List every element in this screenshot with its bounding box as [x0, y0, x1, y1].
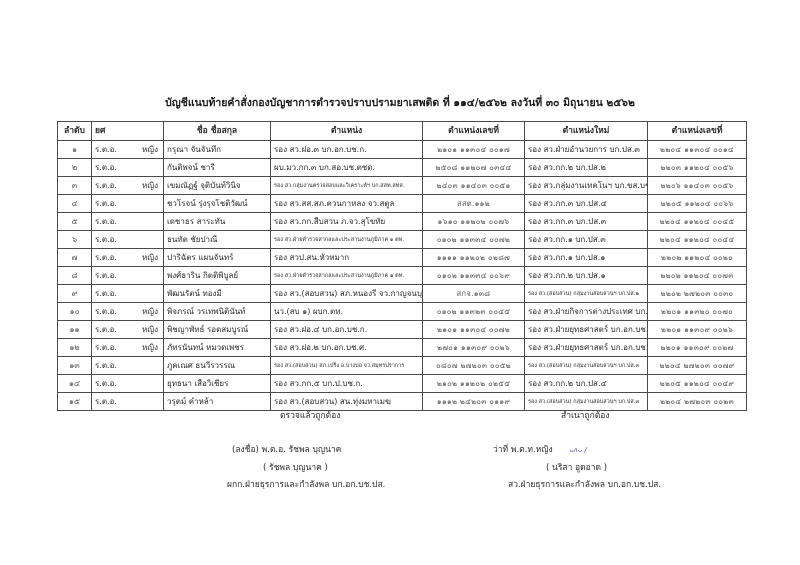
row-order: ๓: [58, 177, 92, 195]
row-new-position: รอง สว.(สอบสวน) กลุ่มงานสอบสวนฯ บก.ปส.๓: [525, 357, 648, 375]
row-position-number: ๑๖๑๐ ๑๑๒๐๒ ๐๐๗๖: [423, 213, 525, 231]
gender-text: หญิง: [142, 340, 160, 356]
rank-text: ร.ต.อ.: [95, 199, 117, 208]
document-title: บัญชีแนบท้ายคำสั่งกองบัญชาการตำรวจปราบปร…: [0, 94, 800, 111]
row-full-name: พิจภรณ์ วรเทพนิตินันท์: [164, 303, 271, 321]
row-order: ๑๕: [58, 393, 92, 411]
row-position-number: ๒๔๐๓ ๑๑๔๐๓ ๐๐๕๑: [423, 177, 525, 195]
row-current-position: รอง สว.ฝ่ายตำรวจสากลและประสานงานภูมิภาค …: [271, 231, 423, 249]
header-position-number: ตำแหน่งเลขที่: [423, 122, 525, 141]
row-new-position: รอง สว.กลุ่มงานเทคโนฯ บก.ขส.บช.ปส.: [525, 177, 648, 195]
table-row: ๙ร.ต.อ.พัฒนรัตน์ ทองมีรอง สว.(สอบสวน) สภ…: [58, 285, 747, 303]
row-full-name: ธนทัต ชัยปาณี: [164, 231, 271, 249]
row-new-position: รอง สว.กก.๒ บก.ปส.๔: [525, 375, 648, 393]
header-rank: ยศ: [92, 122, 164, 141]
row-new-position-number: ๒๒๐๑ ๑๑๓๒๐ ๐๐๗๐: [648, 303, 747, 321]
row-rank: ร.ต.อ.หญิง: [92, 303, 164, 321]
row-current-position: นว.(สบ ๑) ผบก.ตท.: [271, 303, 423, 321]
row-new-position-number: ๒๒๐๔ ๑๑๒๐๔ ๐๐๔๔: [648, 231, 747, 249]
row-position-number: สกจ.๑๓๘: [423, 285, 525, 303]
rank-text: ร.ต.อ.: [95, 361, 117, 370]
header-new-position: ตำแหน่งใหม่: [525, 122, 648, 141]
row-full-name: พิชญาพัทธ์ รอดสมบูรณ์: [164, 321, 271, 339]
row-position-number: สสต.๑๑๒: [423, 195, 525, 213]
row-full-name: วรุตม์ คำหล้า: [164, 393, 271, 411]
row-order: ๑๑: [58, 321, 92, 339]
row-rank: ร.ต.อ.: [92, 213, 164, 231]
row-new-position-number: ๒๒๐๔ ๑๑๓๐๔ ๐๐๑๔: [648, 141, 747, 159]
row-rank: ร.ต.อ.หญิง: [92, 339, 164, 357]
row-position-number: ๒๑๐๑ ๑๑๓๐๔ ๐๐๑๗: [423, 141, 525, 159]
table-row: ๘ร.ต.อ.พงศ์ธาริน กิตติพิบูลย์รอง สว.ฝ่าย…: [58, 267, 747, 285]
table-row: ๑๔ร.ต.อ.ยุทธนา เสือวิเชียรรอง สว.กก.๕ บก…: [58, 375, 747, 393]
row-new-position: รอง สว.ฝ่ายอำนวยการ บก.ปส.๓: [525, 141, 648, 159]
table-row: ๗ร.ต.อ.หญิงปาริฉัตร แผนจันทร์รอง สวป.สน.…: [58, 249, 747, 267]
row-order: ๑๔: [58, 375, 92, 393]
rank-text: ร.ต.อ.: [95, 145, 117, 154]
certifier-name: ( นริสา อูดอาด ): [546, 460, 607, 474]
table-body: ๑ร.ต.อ.หญิงกรุณา จันจันทึกรอง สว.ฝอ.๓ บก…: [58, 141, 747, 411]
row-new-position-number: ๒๒๐๒ ๑๑๒๐๔ ๐๐๒๐: [648, 249, 747, 267]
row-order: ๑๓: [58, 357, 92, 375]
row-order: ๘: [58, 267, 92, 285]
row-full-name: กันติพจน์ ชารี: [164, 159, 271, 177]
row-new-position-number: ๒๒๐๕ ๑๑๒๐๔ ๐๐๖๖: [648, 195, 747, 213]
row-new-position: รอง สว.กก.๒ บก.ปส.๑: [525, 267, 648, 285]
rank-text: ร.ต.อ.: [95, 217, 117, 226]
row-new-position: รอง สว.กก.๑ บก.ปส.๑: [525, 249, 648, 267]
verifier-name: ( รัชพล บุญนาค ): [263, 460, 328, 474]
row-rank: ร.ต.อ.: [92, 267, 164, 285]
gender-text: หญิง: [142, 142, 160, 158]
personnel-table: ลำดับ ยศ ชื่อ ชื่อสกุล ตำแหน่ง ตำแหน่งเล…: [57, 121, 747, 411]
row-full-name: กรุณา จันจันทึก: [164, 141, 271, 159]
row-full-name: ปาริฉัตร แผนจันทร์: [164, 249, 271, 267]
table-row: ๒ร.ต.อ.กันติพจน์ ชารีผบ.มว.กก.๓ บก.สอ.บช…: [58, 159, 747, 177]
row-rank: ร.ต.อ.หญิง: [92, 321, 164, 339]
row-position-number: ๑๑๑๒ ๒๔๒๐๓ ๐๑๑๙: [423, 393, 525, 411]
table-row: ๑๒ร.ต.อ.หญิงภัทรนันทน์ หมวดเพชรรอง สว.ฝอ…: [58, 339, 747, 357]
row-new-position-number: ๒๒๐๕ ๑๑๒๐๔ ๐๐๔๙: [648, 375, 747, 393]
row-rank: ร.ต.อ.หญิง: [92, 177, 164, 195]
table-row: ๑๑ร.ต.อ.หญิงพิชญาพัทธ์ รอดสมบูรณ์รอง สว.…: [58, 321, 747, 339]
table-row: ๑๐ร.ต.อ.หญิงพิจภรณ์ วรเทพนิตินันท์นว.(สบ…: [58, 303, 747, 321]
row-new-position-number: ๒๒๐๔ ๒๗๒๐๓ ๐๐๗๙: [648, 357, 747, 375]
row-new-position-number: ๒๒๐๔ ๒๗๒๐๓ ๐๐๒๓: [648, 393, 747, 411]
row-current-position: รอง สว.ฝอ.๔ บก.อก.บช.ก.: [271, 321, 423, 339]
row-full-name: พงศ์ธาริน กิตติพิบูลย์: [164, 267, 271, 285]
row-rank: ร.ต.อ.: [92, 357, 164, 375]
row-new-position: รอง สว.กก.๓ บก.ปส.๔: [525, 195, 648, 213]
table-row: ๑๓ร.ต.อ.ภูคเณศ ธนวีรวรรณรอง สว.(สอบสวน) …: [58, 357, 747, 375]
row-rank: ร.ต.อ.: [92, 195, 164, 213]
row-new-position: รอง สว.กก.๒ บก.ปส.๒: [525, 159, 648, 177]
table-row: ๔ร.ต.อ.ชวโรจน์ รุ่งรุจโชติวัฒน์รอง สว.สส…: [58, 195, 747, 213]
row-new-position: รอง สว.(สอบสวน) กลุ่มงานสอบสวนฯ บก.ปส.๑: [525, 285, 648, 303]
table-row: ๕ร.ต.อ.เดชาธร สาระทันรอง สว.กก.สืบสวน ภ.…: [58, 213, 747, 231]
certified-copy-caption: สำเนาถูกต้อง: [561, 408, 610, 422]
verified-caption: ตรวจแล้วถูกต้อง: [280, 408, 400, 422]
row-order: ๑๒: [58, 339, 92, 357]
header-name: ชื่อ ชื่อสกุล: [164, 122, 271, 141]
row-rank: ร.ต.อ.หญิง: [92, 249, 164, 267]
row-new-position: รอง สว.ฝ่ายยุทธศาสตร์ บก.อก.บช.ปส.: [525, 339, 648, 357]
row-position-number: ๐๑๐๒ ๑๑๓๓๔ ๐๐๖๙: [423, 267, 525, 285]
row-current-position: รอง สว.กลุ่มงานตรวจสอบและวิเคราะห์ฯ บก.ส…: [271, 177, 423, 195]
row-order: ๔: [58, 195, 92, 213]
rank-text: ร.ต.อ.: [95, 343, 117, 352]
row-position-number: ๐๑๐๒ ๑๑๓๓๔ ๐๐๗๒: [423, 231, 525, 249]
row-full-name: เขมณัฏฐ์ จุติบันท์วินิจ: [164, 177, 271, 195]
table-row: ๓ร.ต.อ.หญิงเขมณัฏฐ์ จุติบันท์วินิจรอง สว…: [58, 177, 747, 195]
certifier-title: สว.ฝ่ายธุรการและกำลังพล บก.อก.บช.ปส.: [508, 477, 661, 491]
row-new-position: รอง สว.กก.๓ บก.ปส.๓: [525, 213, 648, 231]
row-current-position: รอง สว.ฝ่ายตำรวจสากลและประสานงานภูมิภาค …: [271, 267, 423, 285]
rank-text: ร.ต.อ.: [95, 253, 117, 262]
gender-text: หญิง: [142, 304, 160, 320]
row-current-position: รอง สว.ฝอ.๒ บก.อก.บช.ศ.: [271, 339, 423, 357]
gender-text: หญิง: [142, 322, 160, 338]
row-order: ๗: [58, 249, 92, 267]
header-position: ตำแหน่ง: [271, 122, 423, 141]
row-new-position-number: ๒๒๐๔ ๑๑๒๐๔ ๐๐๔๕: [648, 213, 747, 231]
row-current-position: รอง สว.(สอบสวน) สภ.เปร็ง อ.บางบ่อ จว.สมุ…: [271, 357, 423, 375]
row-full-name: ภัทรนันทน์ หมวดเพชร: [164, 339, 271, 357]
row-rank: ร.ต.อ.: [92, 285, 164, 303]
row-full-name: ยุทธนา เสือวิเชียร: [164, 375, 271, 393]
row-rank: ร.ต.อ.หญิง: [92, 141, 164, 159]
row-position-number: ๒๑๐๑ ๑๑๓๐๔ ๐๐๗๒: [423, 321, 525, 339]
verifier-signed-line: (ลงชื่อ) พ.ต.อ. รัชพล บุญนาค: [232, 442, 341, 456]
row-new-position: รอง สว.ฝ่ายยุทธศาสตร์ บก.อก.บช.ปส.: [525, 321, 648, 339]
row-position-number: ๒๕๐๘ ๑๑๒๐๗ ๐๓๔๔: [423, 159, 525, 177]
row-full-name: ชวโรจน์ รุ่งรุจโชติวัฒน์: [164, 195, 271, 213]
row-rank: ร.ต.อ.: [92, 375, 164, 393]
row-current-position: ผบ.มว.กก.๓ บก.สอ.บช.ตชด.: [271, 159, 423, 177]
row-order: ๖: [58, 231, 92, 249]
row-order: ๒: [58, 159, 92, 177]
rank-text: ร.ต.อ.: [95, 271, 117, 280]
row-full-name: ภูคเณศ ธนวีรวรรณ: [164, 357, 271, 375]
row-order: ๑๐: [58, 303, 92, 321]
row-position-number: ๑๑๑๑ ๑๑๒๐๒ ๐๒๘๗: [423, 249, 525, 267]
row-position-number: ๐๑๐๒ ๑๑๓๒๓ ๐๐๔๕: [423, 303, 525, 321]
header-order: ลำดับ: [58, 122, 92, 141]
row-full-name: เดชาธร สาระทัน: [164, 213, 271, 231]
table-row: ๑ร.ต.อ.หญิงกรุณา จันจันทึกรอง สว.ฝอ.๓ บก…: [58, 141, 747, 159]
row-new-position-number: ๒๒๐๑ ๑๑๓๐๙ ๐๐๒๖: [648, 321, 747, 339]
table-header-row: ลำดับ ยศ ชื่อ ชื่อสกุล ตำแหน่ง ตำแหน่งเล…: [58, 122, 747, 141]
row-current-position: รอง สว.ฝอ.๓ บก.อก.บช.ก.: [271, 141, 423, 159]
verifier-title: ผกก.ฝ่ายธุรการและกำลังพล บก.อก.บช.ปส.: [227, 477, 385, 491]
row-new-position: รอง สว.กก.๑ บก.ปส.๓: [525, 231, 648, 249]
row-current-position: รอง สว.กก.๕ บก.ป.บช.ก.: [271, 375, 423, 393]
row-new-position-number: ๒๒๐๒ ๑๑๒๐๔ ๐๐๗๓: [648, 267, 747, 285]
rank-text: ร.ต.อ.: [95, 235, 117, 244]
rank-text: ร.ต.อ.: [95, 181, 117, 190]
row-current-position: รอง สวป.สน.หัวหมาก: [271, 249, 423, 267]
row-current-position: รอง สว.กก.สืบสวน ภ.จว.สุโขทัย: [271, 213, 423, 231]
row-order: ๕: [58, 213, 92, 231]
rank-text: ร.ต.อ.: [95, 397, 117, 406]
row-new-position: รอง สว.ฝ่ายกิจการต่างประเทศ บก.อก.บช.ปส.: [525, 303, 648, 321]
row-rank: ร.ต.อ.: [92, 393, 164, 411]
certifier-rank: ว่าที่ พ.ต.ท.หญิง: [493, 445, 553, 455]
row-new-position-number: ๒๒๐๖ ๑๑๔๐๓ ๐๐๕๖: [648, 177, 747, 195]
rank-text: ร.ต.อ.: [95, 379, 117, 388]
row-position-number: ๒๑๐๒ ๑๑๒๐๒ ๐๒๕๕: [423, 375, 525, 393]
certifier-signed-line: ว่าที่ พ.ต.ท.หญิง ᴗᴧᴗ /: [493, 442, 587, 456]
rank-text: ร.ต.อ.: [95, 163, 117, 172]
rank-text: ร.ต.อ.: [95, 289, 117, 298]
row-current-position: รอง สว.สส.สภ.ควนกาหลง จว.สตูล: [271, 195, 423, 213]
table-row: ๖ร.ต.อ.ธนทัต ชัยปาณีรอง สว.ฝ่ายตำรวจสากล…: [58, 231, 747, 249]
row-position-number: ๒๗๐๑ ๑๑๓๐๙ ๐๐๒๖: [423, 339, 525, 357]
row-new-position-number: ๒๒๐๑ ๑๑๓๐๙ ๐๐๒๗: [648, 339, 747, 357]
gender-text: หญิง: [142, 250, 160, 266]
rank-text: ร.ต.อ.: [95, 307, 117, 316]
handwritten-signature: ᴗᴧᴗ /: [569, 446, 586, 454]
row-current-position: รอง สว.(สอบสวน) สภ.หนองรี จว.กาญจนบุรี: [271, 285, 423, 303]
row-order: ๙: [58, 285, 92, 303]
row-order: ๑: [58, 141, 92, 159]
row-rank: ร.ต.อ.: [92, 159, 164, 177]
table-row: ๑๕ร.ต.อ.วรุตม์ คำหล้ารอง สว.(สอบสวน) สน.…: [58, 393, 747, 411]
row-new-position-number: ๒๒๐๒ ๒๗๒๐๓ ๐๐๓๐: [648, 285, 747, 303]
gender-text: หญิง: [142, 178, 160, 194]
row-new-position-number: ๒๒๐๓ ๑๑๒๐๔ ๐๐๕๖: [648, 159, 747, 177]
row-full-name: พัฒนรัตน์ ทองมี: [164, 285, 271, 303]
row-position-number: ๐๘๐๗ ๒๗๒๐๓ ๐๐๕๒: [423, 357, 525, 375]
header-new-position-number: ตำแหน่งเลขที่: [648, 122, 747, 141]
rank-text: ร.ต.อ.: [95, 325, 117, 334]
row-rank: ร.ต.อ.: [92, 231, 164, 249]
